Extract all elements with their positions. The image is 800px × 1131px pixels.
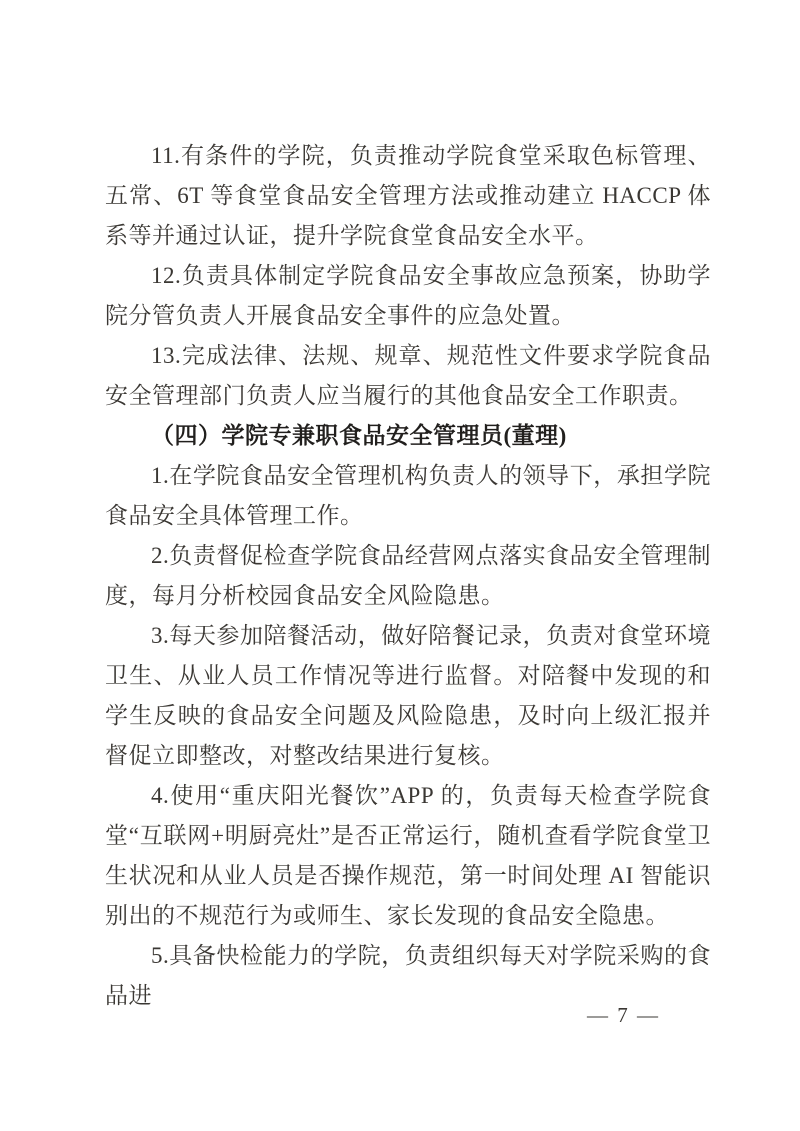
paragraph-2: 2.负责督促检查学院食品经营网点落实食品安全管理制度，每月分析校园食品安全风险隐… xyxy=(105,536,711,616)
section-heading-4: （四）学院专兼职食品安全管理员(董理) xyxy=(105,416,711,456)
paragraph-11: 11.有条件的学院，负责推动学院食堂采取色标管理、五常、6T 等食堂食品安全管理… xyxy=(105,136,711,256)
paragraph-1: 1.在学院食品安全管理机构负责人的领导下，承担学院食品安全具体管理工作。 xyxy=(105,456,711,536)
paragraph-4: 4.使用“重庆阳光餐饮”APP 的，负责每天检查学院食堂“互联网+明厨亮灶”是否… xyxy=(105,776,711,936)
document-body: 11.有条件的学院，负责推动学院食堂采取色标管理、五常、6T 等食堂食品安全管理… xyxy=(105,136,711,1016)
page-number: — 7 — xyxy=(587,1003,660,1028)
paragraph-3: 3.每天参加陪餐活动，做好陪餐记录，负责对食堂环境卫生、从业人员工作情况等进行监… xyxy=(105,616,711,776)
document-page: 11.有条件的学院，负责推动学院食堂采取色标管理、五常、6T 等食堂食品安全管理… xyxy=(0,0,800,1131)
paragraph-13: 13.完成法律、法规、规章、规范性文件要求学院食品安全管理部门负责人应当履行的其… xyxy=(105,336,711,416)
paragraph-12: 12.负责具体制定学院食品安全事故应急预案，协助学院分管负责人开展食品安全事件的… xyxy=(105,256,711,336)
